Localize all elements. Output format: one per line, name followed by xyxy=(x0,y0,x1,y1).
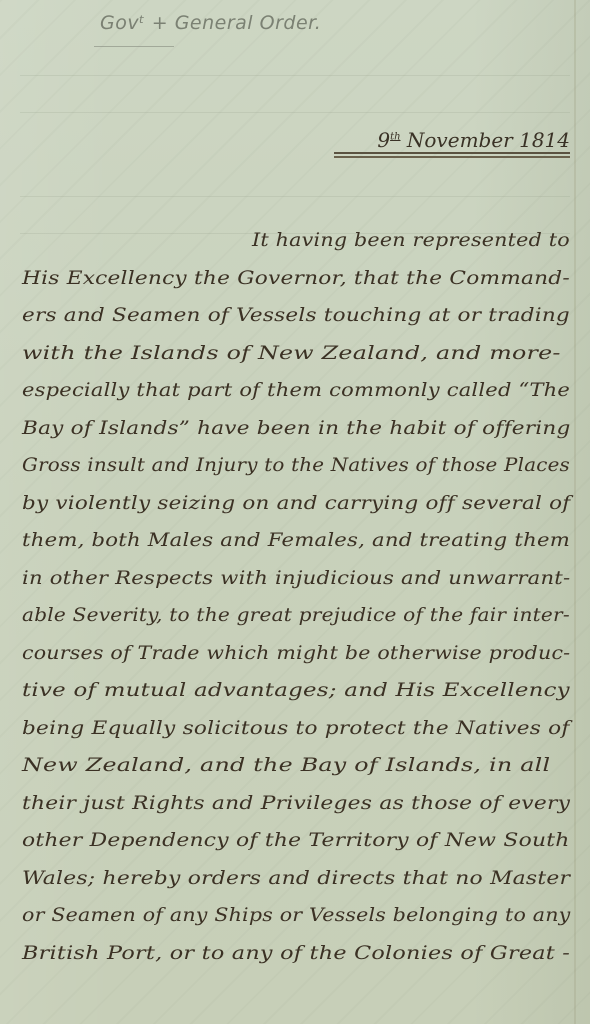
body-line: Gross insult and Injury to the Natives o… xyxy=(22,447,570,485)
body-line: His Excellency the Governor, that the Co… xyxy=(22,260,570,298)
date-day: 9 xyxy=(377,128,390,152)
body-line: or Seamen of any Ships or Vessels belong… xyxy=(22,897,570,935)
body-line: them, both Males and Females, and treati… xyxy=(22,522,570,560)
body-line: their just Rights and Privileges as thos… xyxy=(22,785,570,823)
body-line: Wales; hereby orders and directs that no… xyxy=(22,860,570,898)
body-line: other Dependency of the Territory of New… xyxy=(22,822,570,860)
ruled-line xyxy=(20,75,570,76)
body-line: Bay of Islands” have been in the habit o… xyxy=(22,410,570,448)
pencil-heading: Govᵗ + General Order. xyxy=(100,12,321,34)
manuscript-page: Govᵗ + General Order. 9th November 1814 … xyxy=(0,0,590,1024)
body-line: by violently seizing on and carrying off… xyxy=(22,485,570,523)
document-date: 9th November 1814 xyxy=(340,128,570,152)
body-line: It having been represented to xyxy=(22,222,570,260)
body-line: tive of mutual advantages; and His Excel… xyxy=(22,672,570,710)
page-fold-line xyxy=(574,0,576,1024)
body-line: in other Respects with injudicious and u… xyxy=(22,560,570,598)
body-line: able Severity, to the great prejudice of… xyxy=(22,597,570,635)
body-line: ers and Seamen of Vessels touching at or… xyxy=(22,297,570,335)
body-line: British Port, or to any of the Colonies … xyxy=(22,935,570,973)
pencil-heading-underline xyxy=(94,46,174,47)
order-body: It having been represented to His Excell… xyxy=(22,222,570,972)
date-double-underline-bottom xyxy=(334,156,570,158)
body-line: New Zealand, and the Bay of Islands, in … xyxy=(22,747,570,785)
body-line: with the Islands of New Zealand, and mor… xyxy=(22,335,570,373)
date-double-underline-top xyxy=(334,152,570,154)
ruled-line xyxy=(20,112,570,113)
body-line: courses of Trade which might be otherwis… xyxy=(22,635,570,673)
body-line: especially that part of them commonly ca… xyxy=(22,372,570,410)
body-line: being Equally solicitous to protect the … xyxy=(22,710,570,748)
date-day-suffix: th xyxy=(390,131,400,142)
ruled-line xyxy=(20,196,570,197)
date-month-year: November 1814 xyxy=(407,128,570,152)
